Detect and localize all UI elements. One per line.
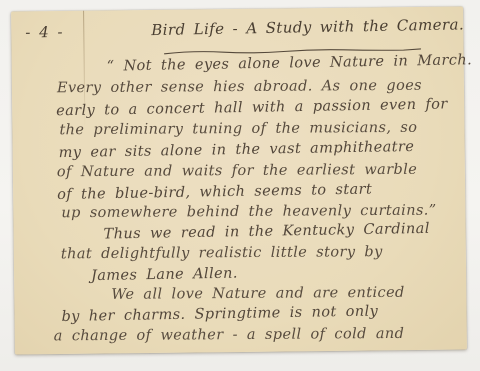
manuscript-line: We all love Nature and are enticed — [111, 284, 405, 305]
manuscript-line: Thus we read in the Kentucky Cardinal — [103, 220, 430, 245]
manuscript-line: that delightfully realistic little story… — [61, 243, 383, 264]
manuscript-line: by her charms. Springtime is not only — [61, 302, 378, 327]
scanned-page-background: - 4 - Bird Life - A Study with the Camer… — [0, 0, 480, 371]
manuscript-text: “ Not the eyes alone love Nature in Marc… — [11, 6, 467, 354]
manuscript-line: James Lane Allen. — [91, 265, 238, 287]
manuscript-line: “ Not the eyes alone love Nature in Marc… — [107, 51, 473, 76]
manuscript-line: a change of weather - a spell of cold an… — [54, 325, 405, 346]
manuscript-line: of Nature and waits for the earliest war… — [57, 161, 417, 183]
manuscript-paper: - 4 - Bird Life - A Study with the Camer… — [11, 6, 467, 354]
manuscript-line: early to a concert hall with a passion e… — [56, 95, 448, 121]
manuscript-line: my ear sits alone in the vast amphitheat… — [59, 138, 415, 163]
manuscript-line: the preliminary tuning of the musicians,… — [59, 119, 417, 140]
manuscript-line: Every other sense hies abroad. As one go… — [57, 77, 422, 99]
manuscript-line: of the blue-bird, which seems to start — [57, 181, 372, 205]
